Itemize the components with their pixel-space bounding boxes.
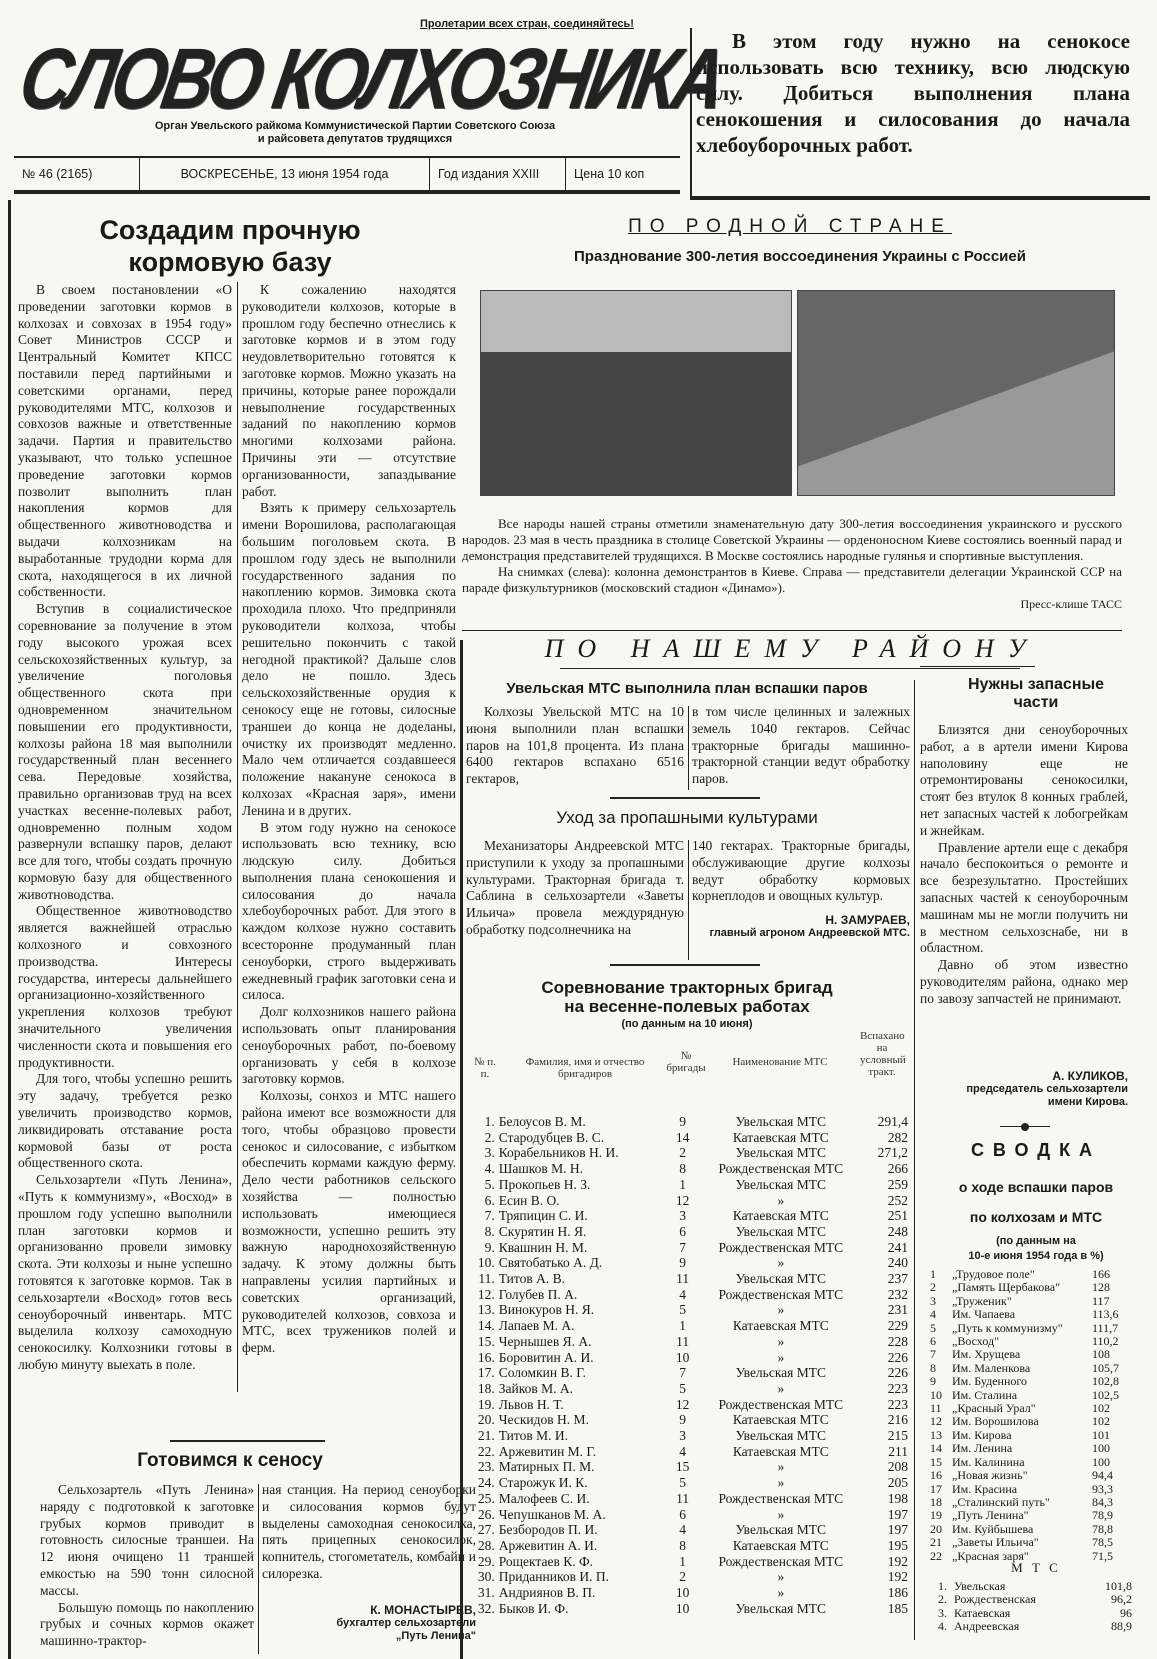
col-header-plowed: Вспахано на условный тракт. <box>860 1030 904 1078</box>
mts-name: Увельская МТС <box>703 1601 858 1617</box>
mts-name: » <box>703 1507 858 1523</box>
plowed-value: 197 <box>858 1522 910 1538</box>
competition-subtitle: (по данным на 10 июня) <box>464 1018 910 1030</box>
table-row: 14Им. Ленина100 <box>928 1442 1134 1455</box>
percent-value: 128 <box>1090 1281 1134 1294</box>
brigade-number: 3 <box>662 1208 703 1224</box>
row-number: 32. <box>474 1601 497 1617</box>
plowed-value: 198 <box>858 1491 910 1507</box>
svodka-subtitle-line2: по колхозам и МТС <box>918 1202 1154 1232</box>
editorial-title-line2: кормовую базу <box>60 246 400 278</box>
mts-name: Катаевская МТС <box>703 1130 858 1146</box>
row-number: 10 <box>928 1389 950 1402</box>
mts-name: » <box>703 1334 858 1350</box>
brigadier-name: Титов М. И. <box>497 1428 662 1444</box>
plowed-value: 197 <box>858 1507 910 1523</box>
author-role: бухгалтер сельхозартели <box>262 1617 476 1630</box>
percent-value: 102,8 <box>1090 1375 1134 1388</box>
percent-value: 108 <box>1090 1348 1134 1361</box>
table-row: 1.Белоусов В. М.9Увельская МТС291,4 <box>474 1114 910 1130</box>
table-row: 12.Голубев П. А.4Рождественская МТС232 <box>474 1287 910 1303</box>
column-divider <box>258 1484 259 1654</box>
brigade-number: 10 <box>662 1350 703 1366</box>
row-number: 17. <box>474 1365 497 1381</box>
kolkhoz-name: „Новая жизнь" <box>950 1469 1090 1482</box>
svodka-kolkhoz-table: 1„Трудовое поле"1662„Память Щербакова"12… <box>928 1268 1134 1563</box>
table-row: 3„Труженик"117 <box>928 1295 1134 1308</box>
mts-name: Увельская МТС <box>703 1365 858 1381</box>
column-divider <box>460 640 463 1659</box>
kolkhoz-name: Им. Ленина <box>950 1442 1090 1455</box>
brigade-number: 11 <box>662 1491 703 1507</box>
plowed-value: 266 <box>858 1161 910 1177</box>
row-number: 14. <box>474 1318 497 1334</box>
mts-name: Рождественская <box>952 1593 1086 1606</box>
brigadier-name: Прокопьев Н. З. <box>497 1177 662 1193</box>
table-row: 21.Титов М. И.3Увельская МТС215 <box>474 1428 910 1444</box>
divider <box>920 666 1035 667</box>
masthead-motto: Пролетарии всех стран, соединяйтесь! <box>420 18 634 30</box>
row-number: 20. <box>474 1412 497 1428</box>
row-number: 7 <box>928 1348 950 1361</box>
column-divider <box>914 680 915 1640</box>
caption-paragraph: Все народы нашей страны отметили знамена… <box>462 516 1122 564</box>
percent-value: 102 <box>1090 1402 1134 1415</box>
table-row: 19„Путь Ленина"78,9 <box>928 1509 1134 1522</box>
plowed-value: 228 <box>858 1334 910 1350</box>
mts-name: Катаевская <box>952 1607 1086 1620</box>
competition-title-line2: на весенне-полевых работах <box>464 997 910 1016</box>
mts-name: » <box>703 1255 858 1271</box>
mts-column-2: в том числе целинных и залежных земель 1… <box>692 704 910 788</box>
percent-value: 102,5 <box>1090 1389 1134 1402</box>
brigade-number: 9 <box>662 1412 703 1428</box>
row-number: 1. <box>474 1114 497 1130</box>
table-row: 13Им. Кирова101 <box>928 1429 1134 1442</box>
percent-value: 78,8 <box>1090 1523 1134 1536</box>
spare-parts-title-line1: Нужны запасные <box>918 676 1154 694</box>
mts-name: Увельская МТС <box>703 1114 858 1130</box>
plowed-value: 226 <box>858 1350 910 1366</box>
kolkhoz-name: Им. Хрущева <box>950 1348 1090 1361</box>
table-row: 31.Андриянов В. П.10»186 <box>474 1585 910 1601</box>
divider <box>610 797 760 799</box>
row-number: 4 <box>928 1308 950 1321</box>
care-signature: Н. ЗАМУРАЕВ, главный агроном Андреевской… <box>692 914 910 940</box>
percent-value: 100 <box>1090 1442 1134 1455</box>
brigadier-name: Скурятин Н. Я. <box>497 1224 662 1240</box>
brigadier-name: Рощектаев К. Ф. <box>497 1554 662 1570</box>
brigadier-name: Святобатько А. Д. <box>497 1255 662 1271</box>
kolkhoz-name: Им. Красина <box>950 1483 1090 1496</box>
brigade-number: 5 <box>662 1475 703 1491</box>
row-number: 19. <box>474 1397 497 1413</box>
brigadier-name: Винокуров Н. Я. <box>497 1302 662 1318</box>
brigadier-name: Квашнин Н. М. <box>497 1240 662 1256</box>
brigade-number: 11 <box>662 1334 703 1350</box>
brigade-number: 1 <box>662 1554 703 1570</box>
kolkhoz-name: „Память Щербакова" <box>950 1281 1090 1294</box>
organ-line: Орган Увельского райкома Коммунистическо… <box>120 120 590 146</box>
table-row: 23.Матирных П. М.15»208 <box>474 1459 910 1475</box>
table-row: 4.Шашков М. Н.8Рождественская МТС266 <box>474 1161 910 1177</box>
caption-paragraph: На снимках (слева): колонна демонстранто… <box>462 564 1122 596</box>
spare-parts-signature: А. КУЛИКОВ, председатель сельхозартели и… <box>920 1070 1128 1109</box>
table-row: 5„Путь к коммунизму"111,7 <box>928 1322 1134 1335</box>
hay-column-2: ная станция. На период сеноуборки и сило… <box>262 1482 476 1583</box>
table-row: 22.Аржевитин М. Г.4Катаевская МТС211 <box>474 1444 910 1460</box>
plowed-value: 252 <box>858 1193 910 1209</box>
mts-name: Увельская МТС <box>703 1177 858 1193</box>
divider <box>170 1440 325 1442</box>
brigade-number: 1 <box>662 1177 703 1193</box>
mts-name: Катаевская МТС <box>703 1208 858 1224</box>
table-row: 27.Безбородов П. И.4Увельская МТС197 <box>474 1522 910 1538</box>
row-number: 13. <box>474 1302 497 1318</box>
section-title-country: ПО РОДНОЙ СТРАНЕ <box>560 216 1020 238</box>
issue-price: Цена 10 коп <box>566 158 652 190</box>
competition-table-body: 1.Белоусов В. М.9Увельская МТС291,42.Ста… <box>474 1114 910 1617</box>
brigade-number: 9 <box>662 1114 703 1130</box>
plowed-value: 232 <box>858 1287 910 1303</box>
care-article-title: Уход за пропашными культурами <box>464 808 910 828</box>
kolkhoz-name: „Путь к коммунизму" <box>950 1322 1090 1335</box>
brigade-number: 5 <box>662 1381 703 1397</box>
editorial-column-2: К сожалению находятся руководители колхо… <box>242 282 456 1412</box>
row-number: 2. <box>474 1130 497 1146</box>
row-number: 3. <box>936 1607 952 1620</box>
row-number: 27. <box>474 1522 497 1538</box>
table-row: 25.Малофеев С. И.11Рождественская МТС198 <box>474 1491 910 1507</box>
paragraph: Колхозы, сонхоз и МТС нашего района имею… <box>242 1088 456 1357</box>
column-divider <box>688 706 689 790</box>
svodka-note-line2: 10-е июня 1954 года в %) <box>918 1249 1154 1264</box>
brigade-number: 2 <box>662 1569 703 1585</box>
table-row: 7.Тряпицин С. И.3Катаевская МТС251 <box>474 1208 910 1224</box>
editorial-column-1: В своем постановлении «О проведении заго… <box>18 282 232 1412</box>
paragraph: Долг колхозников нашего района использов… <box>242 1004 456 1088</box>
paragraph: Взять к примеру сельхозартель имени Воро… <box>242 500 456 819</box>
brigadier-name: Быков И. Ф. <box>497 1601 662 1617</box>
kolkhoz-name: „Красный Урал" <box>950 1402 1090 1415</box>
mts-name: Рождественская МТС <box>703 1397 858 1413</box>
row-number: 11. <box>474 1271 497 1287</box>
row-number: 12 <box>928 1415 950 1428</box>
table-row: 20.Ческидов Н. М.9Катаевская МТС216 <box>474 1412 910 1428</box>
brigade-number: 6 <box>662 1507 703 1523</box>
table-row: 3.Корабельников Н. И.2Увельская МТС271,2 <box>474 1145 910 1161</box>
plowed-value: 223 <box>858 1397 910 1413</box>
kolkhoz-name: „Путь Ленина" <box>950 1509 1090 1522</box>
percent-value: 102 <box>1090 1415 1134 1428</box>
newspaper-title: СЛОВО КОЛХОЗНИКА <box>13 30 729 129</box>
plowed-value: 226 <box>858 1365 910 1381</box>
spare-parts-title: Нужны запасные части <box>918 676 1154 712</box>
table-row: 4Им. Чапаева113,6 <box>928 1308 1134 1321</box>
plowed-value: 248 <box>858 1224 910 1240</box>
mts-name: Увельская МТС <box>703 1224 858 1240</box>
issue-date: ВОСКРЕСЕНЬЕ, 13 июня 1954 года <box>140 158 430 190</box>
plowed-value: 205 <box>858 1475 910 1491</box>
mts-name: Рождественская МТС <box>703 1287 858 1303</box>
plowed-value: 241 <box>858 1240 910 1256</box>
brigadier-name: Приданников И. П. <box>497 1569 662 1585</box>
column-divider <box>688 840 689 960</box>
column-divider <box>237 282 238 1392</box>
table-row: 3.Катаевская96 <box>936 1607 1134 1620</box>
row-number: 1. <box>936 1580 952 1593</box>
author-name: Н. ЗАМУРАЕВ, <box>692 914 910 927</box>
row-number: 28. <box>474 1538 497 1554</box>
mts-name: » <box>703 1350 858 1366</box>
row-number: 7. <box>474 1208 497 1224</box>
paragraph: Близятся дни сеноуборочных работ, а в ар… <box>920 722 1128 840</box>
table-row: 19.Львов Н. Т.12Рождественская МТС223 <box>474 1397 910 1413</box>
mts-name: Катаевская МТС <box>703 1412 858 1428</box>
percent-value: 93,3 <box>1090 1483 1134 1496</box>
paragraph: В этом году нужно на сенокосе использова… <box>242 820 456 1005</box>
table-row: 16„Новая жизнь"94,4 <box>928 1469 1134 1482</box>
mts-name: Увельская <box>952 1580 1086 1593</box>
table-row: 11.Титов А. В.11Увельская МТС237 <box>474 1271 910 1287</box>
brigade-number: 4 <box>662 1287 703 1303</box>
kolkhoz-name: Им. Ворошилова <box>950 1415 1090 1428</box>
svodka-subtitle-line1: о ходе вспашки паров <box>918 1172 1154 1202</box>
brigade-number: 9 <box>662 1255 703 1271</box>
table-row: 17.Соломкин В. Г.7Увельская МТС226 <box>474 1365 910 1381</box>
slogan-box: В этом году нужно на сенокосе использова… <box>690 28 1130 198</box>
svodka-note: (по данным на 10-е июня 1954 года в %) <box>918 1234 1154 1264</box>
percent-value: 78,5 <box>1090 1536 1134 1549</box>
row-number: 16 <box>928 1469 950 1482</box>
paragraph: Общественное животноводство является важ… <box>18 903 232 1071</box>
kolkhoz-name: „Сталинский путь" <box>950 1496 1090 1509</box>
table-row: 16.Боровитин А. И.10»226 <box>474 1350 910 1366</box>
row-number: 12. <box>474 1287 497 1303</box>
percent-value: 110,2 <box>1090 1335 1134 1348</box>
kiev-demonstration-photo <box>480 290 792 496</box>
row-number: 29. <box>474 1554 497 1570</box>
plowed-value: 215 <box>858 1428 910 1444</box>
mts-name: Андреевская <box>952 1620 1086 1633</box>
editorial-title-line1: Создадим прочную <box>60 214 400 246</box>
table-row: 17Им. Красина93,3 <box>928 1483 1134 1496</box>
care-column-1: Механизаторы Андреевской МТС приступили … <box>466 838 684 939</box>
mts-name: Увельская МТС <box>703 1271 858 1287</box>
spare-parts-title-line2: части <box>918 694 1154 712</box>
table-row: 6.Есин В. О.12»252 <box>474 1193 910 1209</box>
mts-name: » <box>703 1475 858 1491</box>
row-number: 2. <box>936 1593 952 1606</box>
paragraph: ная станция. На период сеноуборки и сило… <box>262 1482 476 1583</box>
table-row: 1.Увельская101,8 <box>936 1580 1134 1593</box>
author-role: главный агроном Андреевской МТС. <box>692 927 910 940</box>
plowed-value: 231 <box>858 1302 910 1318</box>
percent-value: 101 <box>1090 1429 1134 1442</box>
percent-value: 113,6 <box>1090 1308 1134 1321</box>
row-number: 3 <box>928 1295 950 1308</box>
brigadier-name: Белоусов В. М. <box>497 1114 662 1130</box>
percent-value: 84,3 <box>1090 1496 1134 1509</box>
photo-credit: Пресс-клише ТАСС <box>462 596 1122 612</box>
row-number: 3. <box>474 1145 497 1161</box>
percent-value: 117 <box>1090 1295 1134 1308</box>
row-number: 4. <box>936 1620 952 1633</box>
table-row: 29.Рощектаев К. Ф.1Рождественская МТС192 <box>474 1554 910 1570</box>
paragraph: К сожалению находятся руководители колхо… <box>242 282 456 500</box>
hay-column-1: Сельхозартель «Путь Ленина» наряду с под… <box>40 1482 254 1657</box>
table-row: 6„Восход"110,2 <box>928 1335 1134 1348</box>
plowed-value: 251 <box>858 1208 910 1224</box>
paragraph: Большую помощь по накоплению грубых и со… <box>40 1600 254 1650</box>
row-number: 14 <box>928 1442 950 1455</box>
row-number: 11 <box>928 1402 950 1415</box>
row-number: 16. <box>474 1350 497 1366</box>
competition-table-header: № п. п. Фамилия, имя и отчество бригадир… <box>470 1030 910 1120</box>
percent-value: 94,4 <box>1090 1469 1134 1482</box>
brigadier-name: Чепушканов М. А. <box>497 1507 662 1523</box>
paragraph: В своем постановлении «О проведении заго… <box>18 282 232 601</box>
brigadier-name: Соломкин В. Г. <box>497 1365 662 1381</box>
kolkhoz-name: „Трудовое поле" <box>950 1268 1090 1281</box>
table-row: 15.Чернышев Я. А.11»228 <box>474 1334 910 1350</box>
plowed-value: 192 <box>858 1569 910 1585</box>
table-row: 2.Рождественская96,2 <box>936 1593 1134 1606</box>
brigadier-name: Боровитин А. И. <box>497 1350 662 1366</box>
competition-title-line1: Соревнование тракторных бригад <box>464 978 910 997</box>
row-number: 9. <box>474 1240 497 1256</box>
svodka-kolkhoz-body: 1„Трудовое поле"1662„Память Щербакова"12… <box>928 1268 1134 1563</box>
mts-name: » <box>703 1459 858 1475</box>
brigadier-name: Аржевитин А. И. <box>497 1538 662 1554</box>
table-row: 28.Аржевитин А. И.8Катаевская МТС195 <box>474 1538 910 1554</box>
row-number: 10. <box>474 1255 497 1271</box>
publication-year: Год издания XXIII <box>430 158 566 190</box>
svodka-note-line1: (по данным на <box>918 1234 1154 1249</box>
row-number: 2 <box>928 1281 950 1294</box>
table-row: 24.Старожук И. К.5»205 <box>474 1475 910 1491</box>
row-number: 9 <box>928 1375 950 1388</box>
brigade-number: 6 <box>662 1224 703 1240</box>
author-name: А. КУЛИКОВ, <box>920 1070 1128 1083</box>
table-row: 12Им. Ворошилова102 <box>928 1415 1134 1428</box>
table-row: 8.Скурятин Н. Я.6Увельская МТС248 <box>474 1224 910 1240</box>
brigadier-name: Корабельников Н. И. <box>497 1145 662 1161</box>
brigadier-name: Чернышев Я. А. <box>497 1334 662 1350</box>
percent-value: 166 <box>1090 1268 1134 1281</box>
section-title-district: ПО НАШЕМУ РАЙОНУ <box>462 634 1122 664</box>
table-row: 5.Прокопьев Н. З.1Увельская МТС259 <box>474 1177 910 1193</box>
table-row: 7Им. Хрущева108 <box>928 1348 1134 1361</box>
dinamo-stadium-parade-photo <box>797 290 1115 496</box>
editorial-title: Создадим прочную кормовую базу <box>60 214 400 278</box>
col-header-number: № п. п. <box>470 1056 500 1080</box>
brigade-number: 10 <box>662 1585 703 1601</box>
plowed-value: 223 <box>858 1381 910 1397</box>
kolkhoz-name: „Труженик" <box>950 1295 1090 1308</box>
brigade-number: 8 <box>662 1538 703 1554</box>
issue-number: № 46 (2165) <box>14 158 140 190</box>
row-number: 8. <box>474 1224 497 1240</box>
svodka-title: СВОДКА <box>918 1140 1154 1161</box>
plowed-value: 271,2 <box>858 1145 910 1161</box>
kolkhoz-name: „Восход" <box>950 1335 1090 1348</box>
percent-value: 96,2 <box>1086 1593 1134 1606</box>
row-number: 23. <box>474 1459 497 1475</box>
row-number: 18 <box>928 1496 950 1509</box>
brigade-number: 11 <box>662 1271 703 1287</box>
row-number: 24. <box>474 1475 497 1491</box>
table-row: 2.Стародубцев В. С.14Катаевская МТС282 <box>474 1130 910 1146</box>
left-edge-rule <box>8 200 11 1659</box>
table-row: 9.Квашнин Н. М.7Рождественская МТС241 <box>474 1240 910 1256</box>
mts-name: Катаевская МТС <box>703 1444 858 1460</box>
mts-name: Увельская МТС <box>703 1145 858 1161</box>
brigade-number: 10 <box>662 1601 703 1617</box>
percent-value: 78,9 <box>1090 1509 1134 1522</box>
brigade-number: 5 <box>662 1302 703 1318</box>
plowed-value: 240 <box>858 1255 910 1271</box>
col-header-brigade: № бригады <box>666 1050 706 1074</box>
table-row: 10.Святобатько А. Д.9»240 <box>474 1255 910 1271</box>
brigadier-name: Лапаев М. А. <box>497 1318 662 1334</box>
plowed-value: 195 <box>858 1538 910 1554</box>
paragraph: Сельхозартель «Путь Ленина» наряду с под… <box>40 1482 254 1600</box>
brigadier-name: Титов А. В. <box>497 1271 662 1287</box>
divider <box>462 630 1122 631</box>
author-role: председатель сельхозартели <box>920 1083 1128 1096</box>
brigadier-name: Львов Н. Т. <box>497 1397 662 1413</box>
percent-value: 88,9 <box>1086 1620 1134 1633</box>
row-number: 21. <box>474 1428 497 1444</box>
mts-name: Рождественская МТС <box>703 1240 858 1256</box>
row-number: 15 <box>928 1456 950 1469</box>
row-number: 15. <box>474 1334 497 1350</box>
paragraph: Вступив в социалистическое соревнование … <box>18 601 232 903</box>
mts-name: Увельская МТС <box>703 1522 858 1538</box>
row-number: 19 <box>928 1509 950 1522</box>
mts-name: » <box>703 1302 858 1318</box>
mts-name: Катаевская МТС <box>703 1318 858 1334</box>
kolkhoz-name: Им. Маленкова <box>950 1362 1090 1375</box>
country-article-title: Празднование 300-летия воссоединения Укр… <box>480 248 1120 265</box>
kolkhoz-name: Им. Калинина <box>950 1456 1090 1469</box>
brigadier-name: Ческидов Н. М. <box>497 1412 662 1428</box>
mts-name: Рождественская МТС <box>703 1161 858 1177</box>
plowed-value: 208 <box>858 1459 910 1475</box>
brigade-number: 12 <box>662 1193 703 1209</box>
competition-title: Соревнование тракторных бригад на весенн… <box>464 978 910 1016</box>
photo-caption: Все народы нашей страны отметили знамена… <box>462 516 1122 612</box>
percent-value: 111,7 <box>1090 1322 1134 1335</box>
row-number: 25. <box>474 1491 497 1507</box>
table-row: 20Им. Куйбышева78,8 <box>928 1523 1134 1536</box>
table-row: 10Им. Сталина102,5 <box>928 1389 1134 1402</box>
row-number: 20 <box>928 1523 950 1536</box>
col-header-mts: Наименование МТС <box>730 1056 830 1068</box>
organ-line-1: Орган Увельского райкома Коммунистическо… <box>120 120 590 133</box>
brigade-number: 14 <box>662 1130 703 1146</box>
brigade-number: 2 <box>662 1145 703 1161</box>
paragraph: Для того, чтобы успешно решить эту задач… <box>18 1071 232 1172</box>
mts-name: Рождественская МТС <box>703 1554 858 1570</box>
plowed-value: 229 <box>858 1318 910 1334</box>
row-number: 5. <box>474 1177 497 1193</box>
brigade-number: 7 <box>662 1365 703 1381</box>
table-row: 14.Лапаев М. А.1Катаевская МТС229 <box>474 1318 910 1334</box>
table-row: 13.Винокуров Н. Я.5»231 <box>474 1302 910 1318</box>
mts-name: Катаевская МТС <box>703 1538 858 1554</box>
